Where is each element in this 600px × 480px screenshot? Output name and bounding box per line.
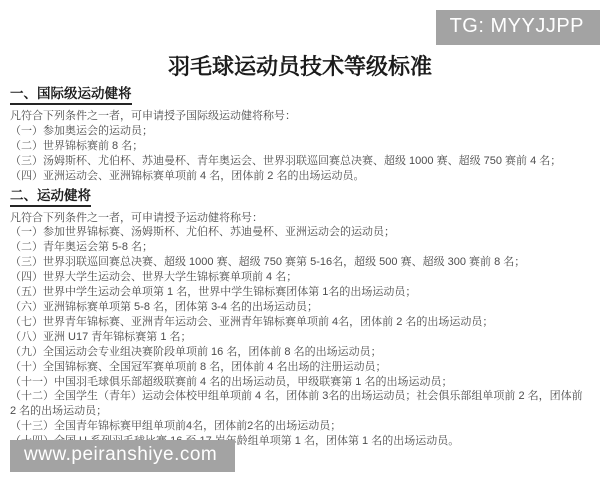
list-item: （十）全国锦标赛、全国冠军赛单项前 8 名，团体前 4 名出场的注册运动员； — [10, 360, 590, 375]
list-item: （六）亚洲锦标赛单项第 5-8 名，团体第 3-4 名的出场运动员； — [10, 300, 590, 315]
section-intro: 凡符合下列条件之一者，可申请授予运动健将称号： — [10, 211, 590, 226]
page-title: 羽毛球运动员技术等级标准 — [10, 54, 590, 80]
list-item: （二）世界锦标赛前 8 名； — [10, 139, 590, 154]
list-item: （三）世界羽联巡回赛总决赛、超级 1000 赛、超级 750 赛第 5-16名，… — [10, 255, 590, 270]
section-international-master: 一、国际级运动健将 凡符合下列条件之一者，可申请授予国际级运动健将称号： （一）… — [10, 86, 590, 184]
list-item: （十二）全国学生（青年）运动会体校甲组单项前 4 名，团体前 3名的出场运动员；… — [10, 389, 590, 419]
list-item: （五）世界中学生运动会单项第 1 名，世界中学生锦标赛团体第 1名的出场运动员； — [10, 285, 590, 300]
list-item: （三）汤姆斯杯、尤伯杯、苏迪曼杯、青年奥运会、世界羽联巡回赛总决赛、超级 100… — [10, 154, 590, 169]
list-item: （二）青年奥运会第 5-8 名； — [10, 240, 590, 255]
list-item: （四）亚洲运动会、亚洲锦标赛单项前 4 名，团体前 2 名的出场运动员。 — [10, 169, 590, 184]
document-body: 羽毛球运动员技术等级标准 一、国际级运动健将 凡符合下列条件之一者，可申请授予国… — [0, 54, 600, 449]
watermark-website-badge: www.peiranshiye.com — [10, 440, 235, 472]
list-item: （十一）中国羽毛球俱乐部超级联赛前 4 名的出场运动员，甲级联赛第 1 名的出场… — [10, 375, 590, 390]
list-item: （一）参加奥运会的运动员； — [10, 124, 590, 139]
section-intro: 凡符合下列条件之一者，可申请授予国际级运动健将称号： — [10, 109, 590, 124]
list-item: （一）参加世界锦标赛、汤姆斯杯、尤伯杯、苏迪曼杯、亚洲运动会的运动员； — [10, 225, 590, 240]
list-item: （八）亚洲 U17 青年锦标赛第 1 名； — [10, 330, 590, 345]
list-item: （九）全国运动会专业组决赛阶段单项前 16 名，团体前 8 名的出场运动员； — [10, 345, 590, 360]
list-item: （七）世界青年锦标赛、亚洲青年运动会、亚洲青年锦标赛单项前 4名，团体前 2 名… — [10, 315, 590, 330]
section-heading-international: 一、国际级运动健将 — [10, 86, 132, 105]
list-item: （十三）全国青年锦标赛甲组单项前4名，团体前2名的出场运动员； — [10, 419, 590, 434]
watermark-telegram-badge: TG: MYYJJPP — [436, 10, 600, 45]
list-item: （四）世界大学生运动会、世界大学生锦标赛单项前 4 名； — [10, 270, 590, 285]
section-heading-master: 二、运动健将 — [10, 188, 91, 207]
section-master: 二、运动健将 凡符合下列条件之一者，可申请授予运动健将称号： （一）参加世界锦标… — [10, 188, 590, 450]
